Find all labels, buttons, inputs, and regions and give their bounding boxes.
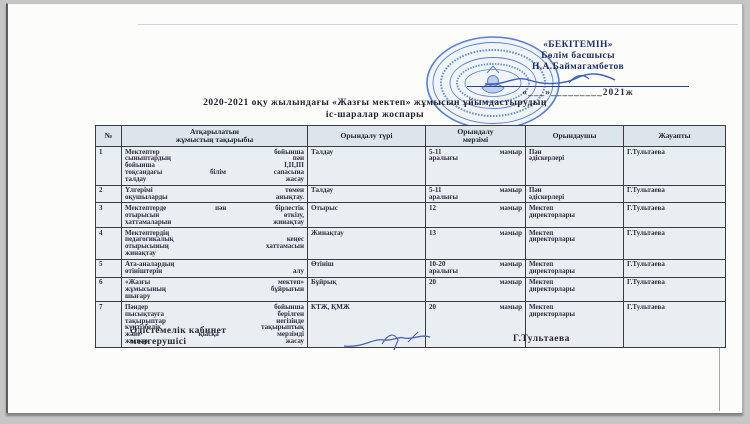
cell-type: Отырыс bbox=[308, 203, 426, 228]
col-header-topic: Атқарылатын жұмыстың тақырыбы bbox=[122, 126, 308, 147]
table-row: 4 Мектептердің педагогикалық кеңес отыры… bbox=[96, 228, 726, 260]
cell-executor: Мектеп директорлары bbox=[526, 259, 624, 277]
document-page: «БЕКІТЕМІН» Бөлім басшысы Н.А.Баймагамбе… bbox=[6, 3, 743, 413]
cell-date: 5-11 мамыр аралығы bbox=[426, 185, 526, 203]
col-header-number: № bbox=[96, 126, 122, 147]
cell-topic: Мектептерде пән бірлестік отырысын өткіз… bbox=[122, 203, 308, 228]
table-header-row: № Атқарылатын жұмыстың тақырыбы Орындалу… bbox=[96, 126, 726, 147]
cell-topic: Мектептердің педагогикалық кеңес отырысы… bbox=[122, 228, 308, 260]
plan-table: № Атқарылатын жұмыстың тақырыбы Орындалу… bbox=[95, 125, 726, 348]
cell-topic: «Жазғы мектеп» жұмысының бұйрығын шығару bbox=[122, 277, 308, 302]
footer-signatory-name: Г.Тультаева bbox=[513, 334, 570, 344]
col-header-responsible: Жауапты bbox=[624, 126, 726, 147]
table-row: 2 Үлгерімі төмен оқушыларды анықтау. Тал… bbox=[96, 185, 726, 203]
cell-responsible: Г.Тультаева bbox=[624, 228, 726, 260]
approver-role: Бөлім басшысы bbox=[463, 51, 693, 62]
approval-signature-icon bbox=[477, 71, 627, 89]
cell-number: 4 bbox=[96, 228, 122, 260]
scan-artifact-line bbox=[138, 24, 738, 25]
cell-executor: Мектеп директорлары bbox=[526, 277, 624, 302]
cell-date: 20 мамыр bbox=[426, 277, 526, 302]
cell-responsible: Г.Тультаева bbox=[624, 259, 726, 277]
footer-signature-icon bbox=[338, 328, 438, 359]
cell-date: 10-20 мамыр аралығы bbox=[426, 259, 526, 277]
cell-type: Бұйрық bbox=[308, 277, 426, 302]
cell-executor: Пән әдіскерлері bbox=[526, 185, 624, 203]
cell-topic: Үлгерімі төмен оқушыларды анықтау. bbox=[122, 185, 308, 203]
approval-word: «БЕКІТЕМІН» bbox=[463, 40, 693, 51]
cell-date: 20 мамыр bbox=[426, 302, 526, 347]
table-row: 6 «Жазғы мектеп» жұмысының бұйрығын шыға… bbox=[96, 277, 726, 302]
table-row: 1 Мектептер бойынша сыныптардың пән бойы… bbox=[96, 147, 726, 186]
col-header-date: Орындалу мерзімі bbox=[426, 126, 526, 147]
cell-date: 12 мамыр bbox=[426, 203, 526, 228]
cell-type: Жинақтау bbox=[308, 228, 426, 260]
page-title: 2020-2021 оқу жылындағы «Жазғы мектеп» ж… bbox=[8, 98, 742, 121]
cell-responsible: Г.Тультаева bbox=[624, 277, 726, 302]
cell-responsible: Г.Тультаева bbox=[624, 185, 726, 203]
cell-executor: Мектеп директорлары bbox=[526, 203, 624, 228]
cell-type: Талдау bbox=[308, 147, 426, 186]
cell-number: 5 bbox=[96, 259, 122, 277]
footer-role-label: Әдістемелік кабинет менгерушісі bbox=[130, 326, 330, 348]
approval-signature-line bbox=[467, 73, 689, 87]
cell-type: Талдау bbox=[308, 185, 426, 203]
cell-executor: Пән әдіскерлері bbox=[526, 147, 624, 186]
cell-responsible: Г.Тультаева bbox=[624, 147, 726, 186]
cell-number: 3 bbox=[96, 203, 122, 228]
cell-number: 6 bbox=[96, 277, 122, 302]
cell-number: 2 bbox=[96, 185, 122, 203]
cell-responsible: Г.Тультаева bbox=[624, 302, 726, 347]
cell-type: Өтініш bbox=[308, 259, 426, 277]
cell-date: 5-11 мамыр аралығы bbox=[426, 147, 526, 186]
cell-number: 1 bbox=[96, 147, 122, 186]
col-header-type: Орындалу түрі bbox=[308, 126, 426, 147]
cell-executor: Мектеп директорлары bbox=[526, 228, 624, 260]
cell-topic: Мектептер бойынша сыныптардың пән бойынш… bbox=[122, 147, 308, 186]
table-row: 5 Ата-аналардың өтініштерін алу Өтініш 1… bbox=[96, 259, 726, 277]
cell-responsible: Г.Тультаева bbox=[624, 203, 726, 228]
cell-topic: Ата-аналардың өтініштерін алу bbox=[122, 259, 308, 277]
table-row: 3 Мектептерде пән бірлестік отырысын өтк… bbox=[96, 203, 726, 228]
approval-block: «БЕКІТЕМІН» Бөлім басшысы Н.А.Баймагамбе… bbox=[463, 40, 693, 99]
cell-number: 7 bbox=[96, 302, 122, 347]
col-header-executor: Орындаушы bbox=[526, 126, 624, 147]
cell-date: 13 мамыр bbox=[426, 228, 526, 260]
